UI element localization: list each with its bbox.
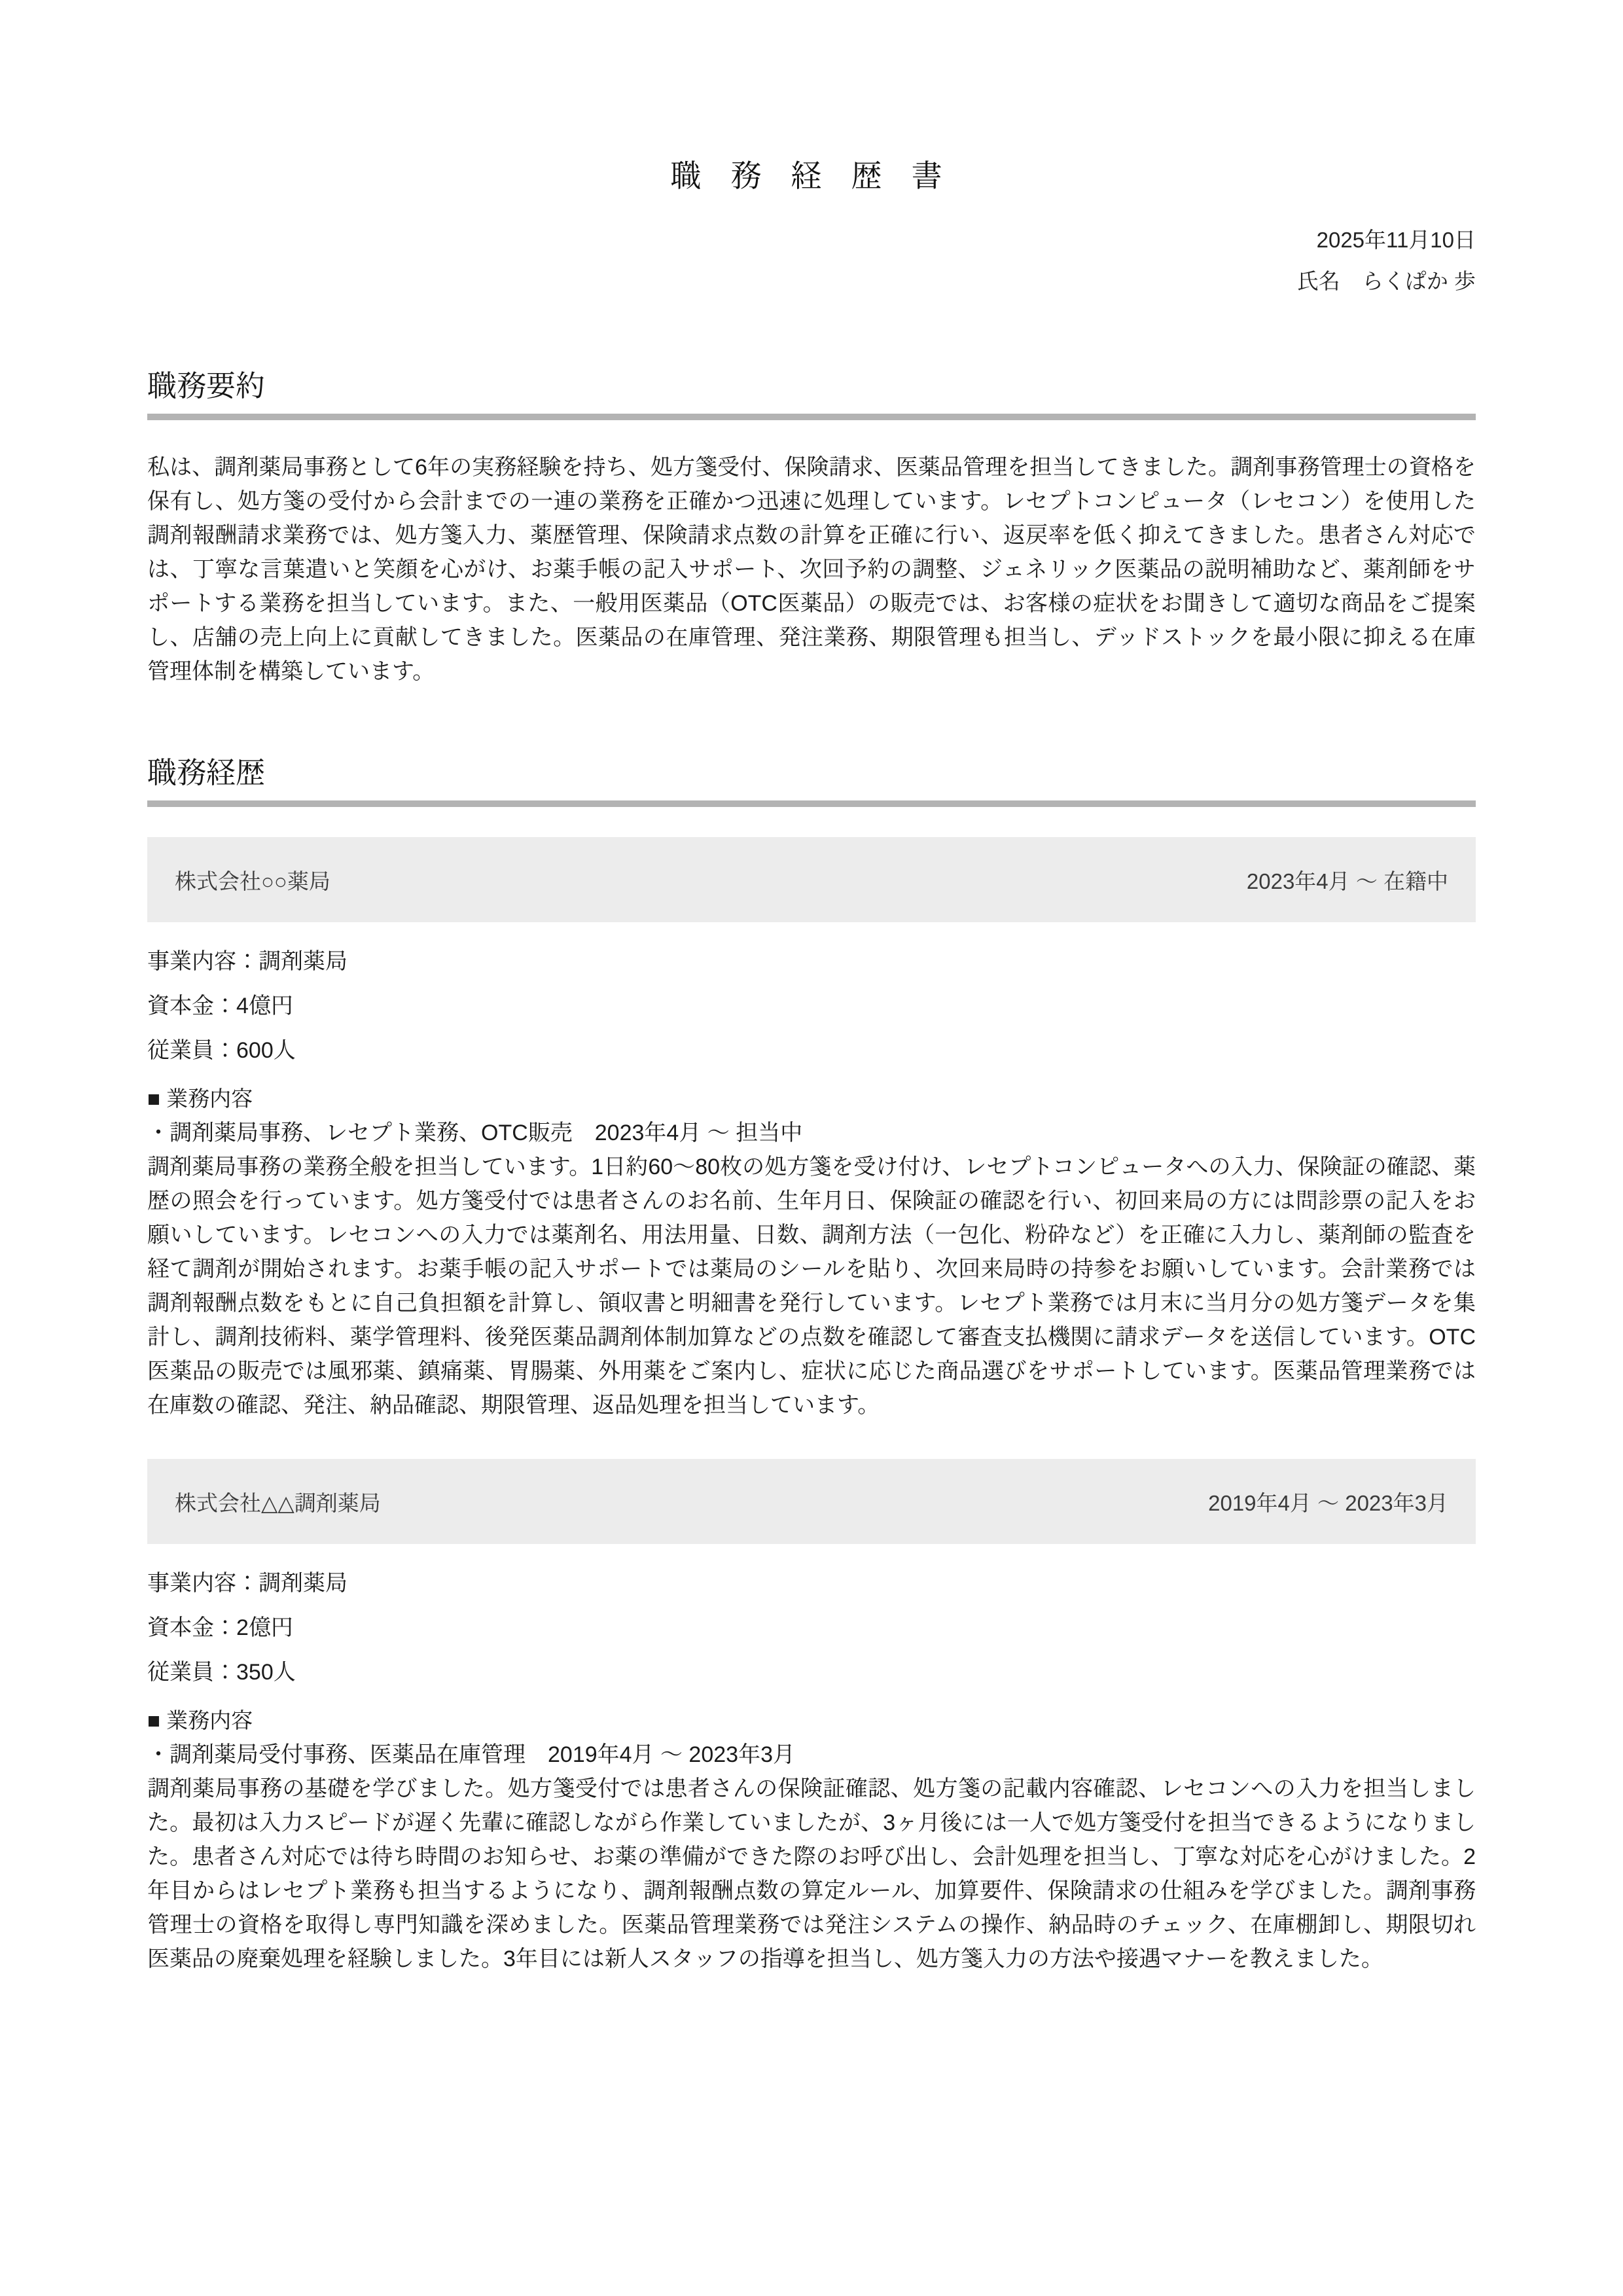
- job-entry-1: 株式会社○○薬局 2023年4月 ～ 在籍中 事業内容：調剤薬局 資本金：4億円…: [147, 837, 1476, 1422]
- summary-section: 職務要約 私は、調剤薬局事務として6年の実務経験を持ち、処方箋受付、保険請求、医…: [147, 362, 1476, 689]
- document-author: 氏名 らくぱか 歩: [147, 260, 1476, 302]
- employment-period: 2019年4月 ～ 2023年3月: [1208, 1486, 1448, 1517]
- company-capital: 資本金：2億円: [147, 1615, 1476, 1641]
- duties-role-line: ・調剤薬局事務、レセプト業務、OTC販売 2023年4月 ～ 担当中: [147, 1116, 1476, 1150]
- history-section: 職務経歴 株式会社○○薬局 2023年4月 ～ 在籍中 事業内容：調剤薬局 資本…: [147, 749, 1476, 1976]
- document-title: 職 務 経 歴 書: [147, 0, 1476, 196]
- job-description: 調剤薬局事務の業務全般を担当しています。1日約60〜80枚の処方箋を受け付け、レ…: [147, 1150, 1476, 1422]
- job-entry-2: 株式会社△△調剤薬局 2019年4月 ～ 2023年3月 事業内容：調剤薬局 資…: [147, 1459, 1476, 1976]
- section-divider: [147, 414, 1476, 420]
- company-facts: 事業内容：調剤薬局 資本金：2億円 従業員：350人: [147, 1570, 1476, 1685]
- duties-heading: ■ 業務内容: [147, 1082, 1476, 1116]
- job-header: 株式会社△△調剤薬局 2019年4月 ～ 2023年3月: [147, 1459, 1476, 1544]
- duties-role-line: ・調剤薬局受付事務、医薬品在庫管理 2019年4月 ～ 2023年3月: [147, 1738, 1476, 1772]
- duties-heading: ■ 業務内容: [147, 1704, 1476, 1738]
- section-divider: [147, 800, 1476, 807]
- document-date: 2025年11月10日: [147, 219, 1476, 260]
- job-duties: ■ 業務内容 ・調剤薬局事務、レセプト業務、OTC販売 2023年4月 ～ 担当…: [147, 1082, 1476, 1422]
- job-duties: ■ 業務内容 ・調剤薬局受付事務、医薬品在庫管理 2019年4月 ～ 2023年…: [147, 1704, 1476, 1976]
- company-business: 事業内容：調剤薬局: [147, 948, 1476, 975]
- summary-heading: 職務要約: [147, 362, 1476, 404]
- company-employees: 従業員：350人: [147, 1659, 1476, 1685]
- summary-paragraph: 私は、調剤薬局事務として6年の実務経験を持ち、処方箋受付、保険請求、医薬品管理を…: [147, 450, 1476, 689]
- job-header: 株式会社○○薬局 2023年4月 ～ 在籍中: [147, 837, 1476, 922]
- company-business: 事業内容：調剤薬局: [147, 1570, 1476, 1596]
- company-name: 株式会社○○薬局: [175, 865, 330, 895]
- company-name: 株式会社△△調剤薬局: [175, 1486, 381, 1517]
- company-facts: 事業内容：調剤薬局 資本金：4億円 従業員：600人: [147, 948, 1476, 1064]
- resume-page: 職 務 経 歴 書 2025年11月10日 氏名 らくぱか 歩 職務要約 私は、…: [0, 0, 1623, 1976]
- document-meta: 2025年11月10日 氏名 らくぱか 歩: [147, 219, 1476, 302]
- company-capital: 資本金：4億円: [147, 993, 1476, 1019]
- job-description: 調剤薬局事務の基礎を学びました。処方箋受付では患者さんの保険証確認、処方箋の記載…: [147, 1772, 1476, 1976]
- employment-period: 2023年4月 ～ 在籍中: [1247, 865, 1448, 895]
- history-heading: 職務経歴: [147, 749, 1476, 791]
- company-employees: 従業員：600人: [147, 1037, 1476, 1064]
